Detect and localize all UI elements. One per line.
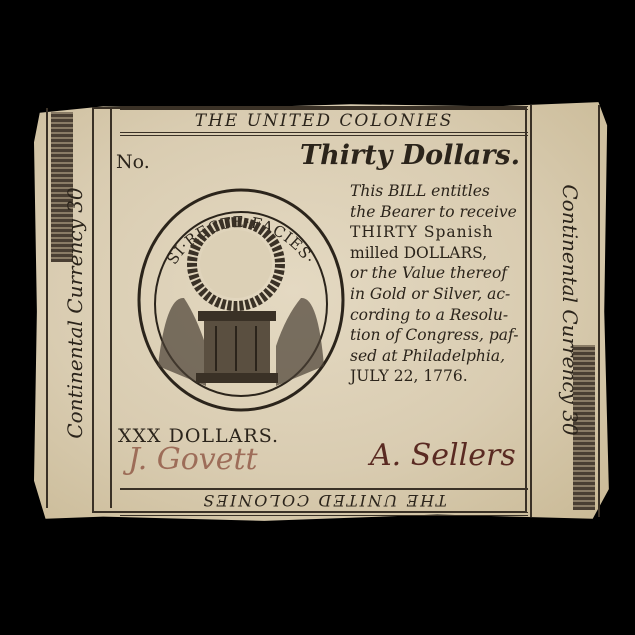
seal-emblem: SI·RECTE·FACIES· (136, 186, 346, 414)
body-line: sed at Philadelphia, (350, 346, 530, 367)
note-body-text: This BILL entitles the Bearer to receive… (350, 181, 530, 387)
body-line: This BILL entitles (350, 181, 530, 202)
note-title: Thirty Dollars. (300, 140, 520, 171)
date-line: JULY 22, 1776. (350, 366, 530, 387)
right-border-text: Continental Currency 30 (552, 140, 582, 480)
top-banner: THE UNITED COLONIES (120, 106, 528, 136)
bottom-banner: THE UNITED COLONIES (120, 488, 528, 516)
signature-left: J. Govett (128, 442, 258, 477)
body-line: the Bearer to receive (350, 202, 530, 223)
right-border-strip: Continental Currency 30 (530, 105, 600, 517)
body-line: or the Value thereof (350, 263, 530, 284)
body-line: in Gold or Silver, ac- (350, 284, 530, 305)
body-line: cording to a Resolu- (350, 305, 530, 326)
serial-label: No. (116, 151, 150, 173)
left-border-text: Continental Currency 30 (63, 143, 93, 483)
body-line: tion of Congress, paf- (350, 325, 530, 346)
body-line: milled DOLLARS, (350, 243, 530, 264)
signature-right: A. Sellers (370, 438, 516, 473)
left-border-strip: Continental Currency 30 (46, 108, 112, 508)
body-line: THIRTY Spanish (350, 222, 530, 243)
